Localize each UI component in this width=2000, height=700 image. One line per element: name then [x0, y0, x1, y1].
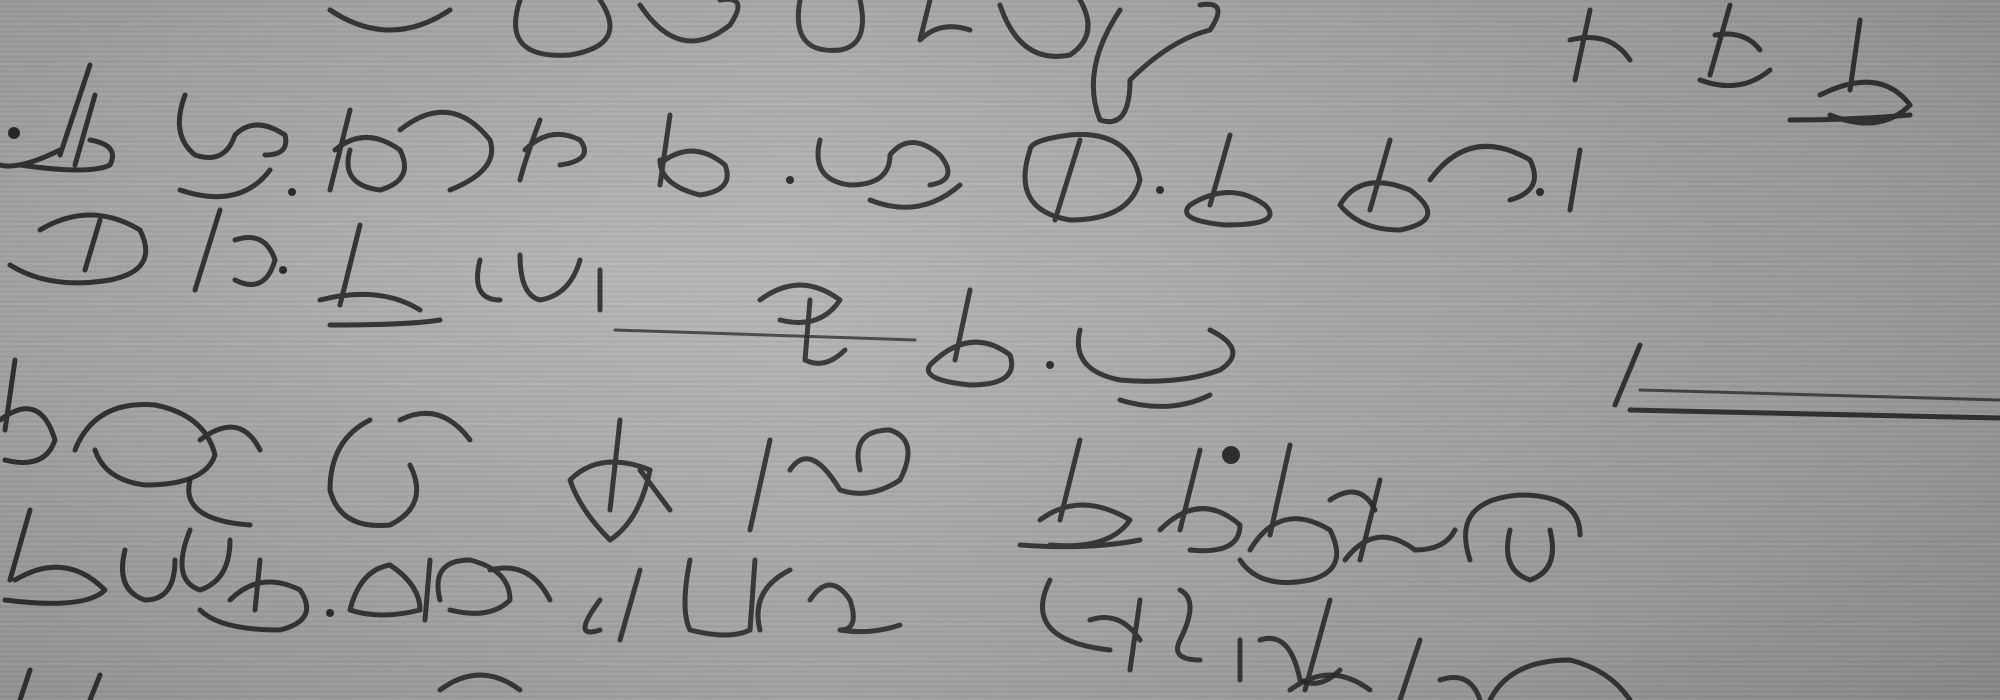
script-line-3 — [1615, 345, 2000, 418]
palm-leaf-manuscript: palm-leaf manuscript — [0, 0, 2000, 700]
handwritten-script — [0, 0, 2000, 700]
script-line-4 — [0, 360, 1580, 583]
script-line-5 — [5, 510, 1340, 683]
script-line-6 — [20, 600, 1630, 700]
script-line-0 — [330, 0, 1910, 123]
script-line-1 — [0, 65, 1580, 230]
script-line-2 — [10, 210, 1233, 406]
